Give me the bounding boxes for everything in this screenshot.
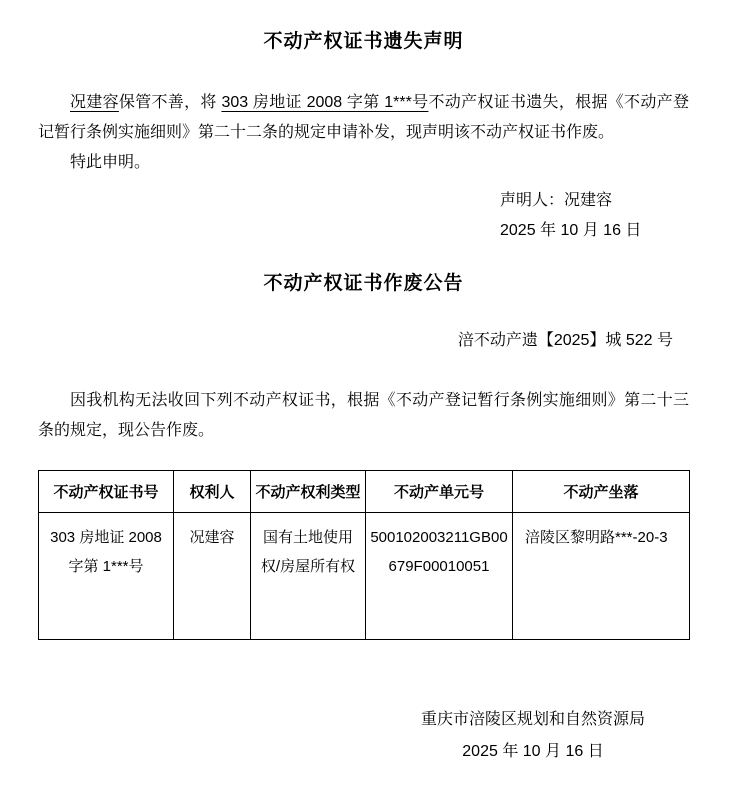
table-header-row: 不动产权证书号 权利人 不动产权利类型 不动产单元号 不动产坐落 xyxy=(39,471,690,513)
cell-certificate-number: 303 房地证 2008 字第 1***号 xyxy=(39,513,174,640)
document-number: 涪不动产遗【2025】城 522 号 xyxy=(38,330,689,352)
cell-unit-number: 500102003211GB00679F00010051 xyxy=(366,513,513,640)
cell-location: 涪陵区黎明路***-20-3 xyxy=(513,513,690,640)
header-right-type: 不动产权利类型 xyxy=(251,471,366,513)
notice-signature-block: 重庆市涪陵区规划和自然资源局 2025 年 10 月 16 日 xyxy=(413,704,653,768)
declarant-name-underlined: 况建容 xyxy=(70,94,119,111)
declarant-line: 声明人：况建容 xyxy=(500,186,689,216)
paragraph-text-after-owner: 保管不善，将 xyxy=(119,94,222,111)
header-location: 不动产坐落 xyxy=(513,471,690,513)
cell-right-holder: 况建容 xyxy=(174,513,251,640)
table-row: 303 房地证 2008 字第 1***号 况建容 国有土地使用权/房屋所有权 … xyxy=(39,513,690,640)
loss-statement-title: 不动产权证书遗失声明 xyxy=(38,30,689,54)
loss-statement-paragraph: 况建容保管不善，将 303 房地证 2008 字第 1***号不动产权证书遗失，… xyxy=(38,88,689,148)
closing-line: 特此申明。 xyxy=(38,148,689,178)
invalidation-notice-paragraph: 因我机构无法收回下列不动产权证书，根据《不动产登记暂行条例实施细则》第二十三条的… xyxy=(38,386,689,446)
statement-signature-block: 声明人：况建容 2025 年 10 月 16 日 xyxy=(500,186,689,246)
certificate-number-underlined: 303 房地证 2008 字第 1***号 xyxy=(221,94,428,111)
invalidation-notice-title: 不动产权证书作废公告 xyxy=(38,272,689,296)
issuer-line: 重庆市涪陵区规划和自然资源局 xyxy=(413,704,653,736)
certificates-table: 不动产权证书号 权利人 不动产权利类型 不动产单元号 不动产坐落 303 房地证… xyxy=(38,470,690,640)
statement-date-line: 2025 年 10 月 16 日 xyxy=(500,216,689,246)
header-certificate-number: 不动产权证书号 xyxy=(39,471,174,513)
header-right-holder: 权利人 xyxy=(174,471,251,513)
header-unit-number: 不动产单元号 xyxy=(366,471,513,513)
cell-right-type: 国有土地使用权/房屋所有权 xyxy=(251,513,366,640)
document-page: 不动产权证书遗失声明 况建容保管不善，将 303 房地证 2008 字第 1**… xyxy=(0,0,734,790)
notice-date-line: 2025 年 10 月 16 日 xyxy=(413,736,653,768)
